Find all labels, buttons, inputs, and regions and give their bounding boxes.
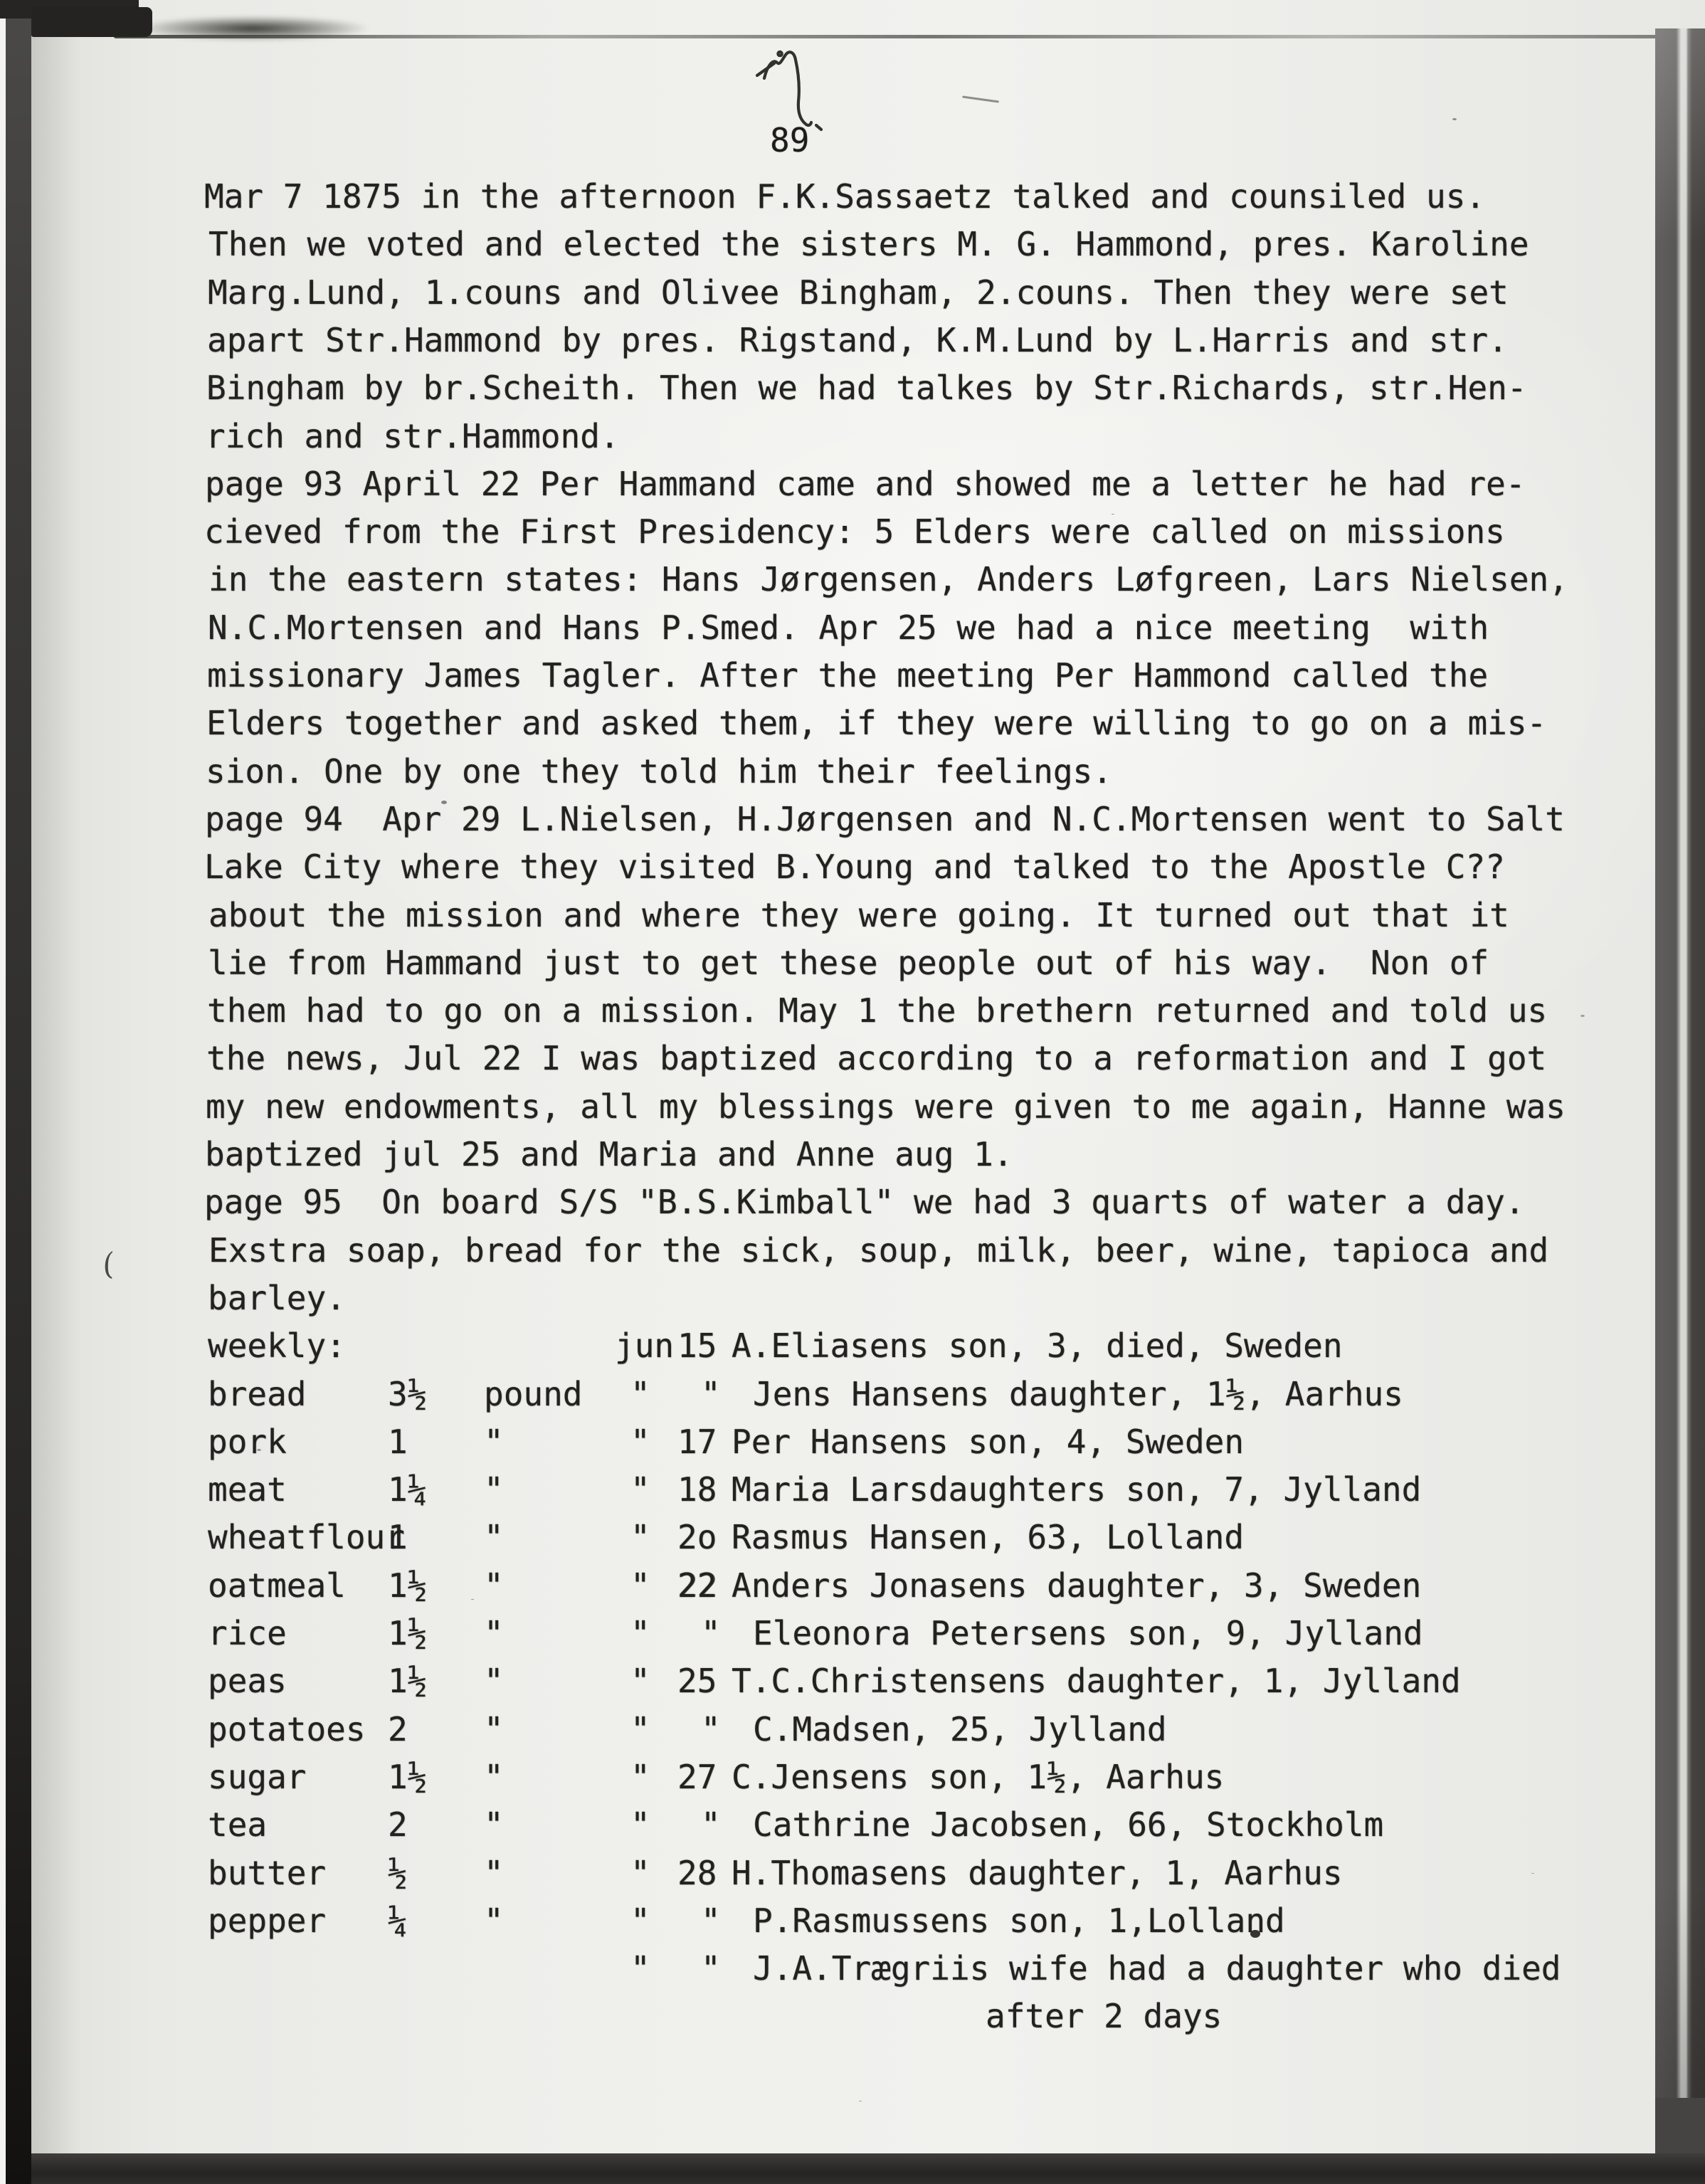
ration-unit: " [484,1615,504,1652]
ration-unit: " [484,1519,504,1556]
ration-name: meat [208,1471,287,1509]
death-record: Eleonora Petersens son, 9, Jylland [753,1615,1423,1652]
ration-unit: " [484,1711,504,1748]
ration-unit: " [484,1662,504,1700]
death-record: Jens Hansens daughter, 1½, Aarhus [753,1376,1403,1413]
death-month-mark: " [630,1471,650,1509]
text-line-paragraph-2: cieved from the First Presidency: 5 Elde… [204,513,1505,551]
text-line-paragraph-2: in the eastern states: Hans Jørgensen, A… [208,561,1568,598]
text-line-paragraph-2: sion. One by one they told him their fee… [206,753,1112,791]
text-line-paragraph-1: Bingham by br.Scheith. Then we had talke… [206,369,1527,407]
death-record: C.Jensens son, 1½, Aarhus [732,1758,1224,1796]
death-record: H.Thomasens daughter, 1, Aarhus [732,1855,1343,1892]
death-record: Cathrine Jacobsen, 66, Stockholm [753,1806,1383,1844]
death-month-mark: " [630,1519,650,1556]
scanned-journal-page: 89 ( Mar 7 1875 in the afternoon F.K.Sas… [0,0,1705,2184]
scan-corner-smudge [31,7,152,37]
death-record: Anders Jonasens daughter, 3, Sweden [732,1567,1421,1605]
death-month-mark: jun [615,1327,674,1365]
text-line-paragraph-4: Exstra soap, bread for the sick, soup, m… [208,1232,1548,1270]
text-line-paragraph-1: apart Str.Hammond by pres. Rigstand, K.M… [207,322,1508,359]
death-record: P.Rasmussens son, 1,Lolland [753,1902,1285,1940]
ration-name: wheatflour [208,1519,405,1556]
death-month-mark: " [630,1902,650,1940]
death-record: Maria Larsdaughters son, 7, Jylland [732,1471,1421,1509]
text-line-paragraph-1: rich and str.Hammond. [206,418,620,455]
ration-unit: " [484,1902,504,1940]
ration-name: oatmeal [208,1567,346,1605]
ration-name: butter [208,1855,326,1892]
ration-name: pepper [208,1902,326,1940]
ration-amount: 1½ [388,1567,427,1605]
scan-scratch [962,95,999,102]
death-day: " [701,1376,721,1413]
text-line-paragraph-2: page 93 April 22 Per Hammand came and sh… [205,465,1526,503]
film-edge-right [1655,28,1705,2184]
ration-unit: " [484,1423,504,1461]
ration-amount: 1 [388,1423,408,1461]
ration-unit: " [484,1567,504,1605]
rations-header: weekly: [208,1327,346,1365]
ration-unit: " [484,1806,504,1844]
text-line-paragraph-3: page 94 Apr 29 L.Nielsen, H.Jørgensen an… [205,801,1565,838]
film-edge-bottom [31,2153,1705,2184]
death-day: " [701,1806,721,1844]
ration-amount: 1½ [388,1662,427,1700]
text-line-paragraph-1: Mar 7 1875 in the afternoon F.K.Sassaetz… [204,178,1485,216]
text-line-paragraph-3: the news, Jul 22 I was baptized accordin… [206,1040,1546,1077]
scan-edge-white-sliver-left [0,0,6,2184]
ration-unit: pound [484,1376,582,1413]
death-day: " [701,1950,721,1988]
text-line-paragraph-2: Elders together and asked them, if they … [206,705,1546,742]
death-month-mark: " [630,1567,650,1605]
death-day: " [701,1902,721,1940]
death-record: A.Eliasens son, 3, died, Sweden [732,1327,1343,1365]
death-day: 2o [677,1519,717,1556]
text-line-paragraph-3: about the mission and where they were go… [208,897,1509,934]
text-line-paragraph-1: Marg.Lund, 1.couns and Olivee Bingham, 2… [208,274,1509,312]
text-line-paragraph-3: them had to go on a mission. May 1 the b… [207,992,1547,1030]
ration-amount: 3½ [388,1376,427,1413]
film-edge-left [6,4,31,2184]
ration-amount: 1¼ [388,1471,427,1509]
ration-name: bread [208,1376,306,1413]
paper-gutter-shade [31,0,81,2184]
death-day: 25 [677,1662,717,1700]
death-month-mark: " [630,1855,650,1892]
ration-amount: 1½ [388,1615,427,1652]
margin-pen-mark: ( [100,1246,117,1282]
death-record: C.Madsen, 25, Jylland [753,1711,1167,1748]
death-record: T.C.Christensens daughter, 1, Jylland [732,1662,1461,1700]
ration-unit: " [484,1855,504,1892]
page-number: 89 [770,121,809,159]
ration-name: sugar [208,1758,306,1796]
ration-name: peas [208,1662,287,1700]
ration-unit: " [484,1758,504,1796]
text-line-paragraph-3: my new endowments, all my blessings were… [206,1088,1566,1126]
ration-name: pork [208,1423,287,1461]
death-day: " [701,1615,721,1652]
text-line-paragraph-1: Then we voted and elected the sisters M.… [208,226,1529,263]
ration-amount: 1½ [388,1758,427,1796]
ration-amount: 2 [388,1711,408,1748]
death-day: 28 [677,1855,717,1892]
death-month-mark: " [630,1758,650,1796]
death-month-mark: " [630,1423,650,1461]
text-line-paragraph-2: N.C.Mortensen and Hans P.Smed. Apr 25 we… [208,609,1489,647]
death-day: 15 [677,1327,717,1365]
text-line-paragraph-3: baptized jul 25 and Maria and Anne aug 1… [205,1136,1013,1173]
ration-name: rice [208,1615,287,1652]
death-record-continuation: after 2 days [986,1998,1222,2035]
death-month-mark: " [630,1806,650,1844]
text-line-paragraph-2: missionary James Tagler. After the meeti… [207,657,1488,695]
ration-unit: " [484,1471,504,1509]
death-day: 17 [677,1423,717,1461]
ration-name: potatoes [208,1711,366,1748]
ration-amount: 2 [388,1806,408,1844]
death-month-mark: " [630,1711,650,1748]
death-day: " [701,1711,721,1748]
death-record: J.A.Trægriis wife had a daughter who die… [753,1950,1561,1988]
ration-name: tea [208,1806,267,1844]
scan-top-line [114,35,1679,38]
ration-amount: ¼ [388,1902,408,1940]
death-month-mark: " [630,1950,650,1988]
death-day: 22 [677,1567,717,1605]
death-day: 18 [677,1471,717,1509]
death-month-mark: " [630,1662,650,1700]
text-line-paragraph-4: barley. [208,1280,346,1317]
death-month-mark: " [630,1376,650,1413]
death-record: Per Hansens son, 4, Sweden [732,1423,1244,1461]
text-line-paragraph-3: Lake City where they visited B.Young and… [204,848,1505,886]
ration-amount: ½ [388,1855,408,1892]
death-day: 27 [677,1758,717,1796]
death-month-mark: " [630,1615,650,1652]
text-line-paragraph-4: page 95 On board S/S "B.S.Kimball" we ha… [204,1183,1525,1221]
ration-amount: 1 [388,1519,408,1556]
death-record: Rasmus Hansen, 63, Lolland [732,1519,1244,1556]
text-line-paragraph-3: lie from Hammand just to get these peopl… [208,944,1489,982]
